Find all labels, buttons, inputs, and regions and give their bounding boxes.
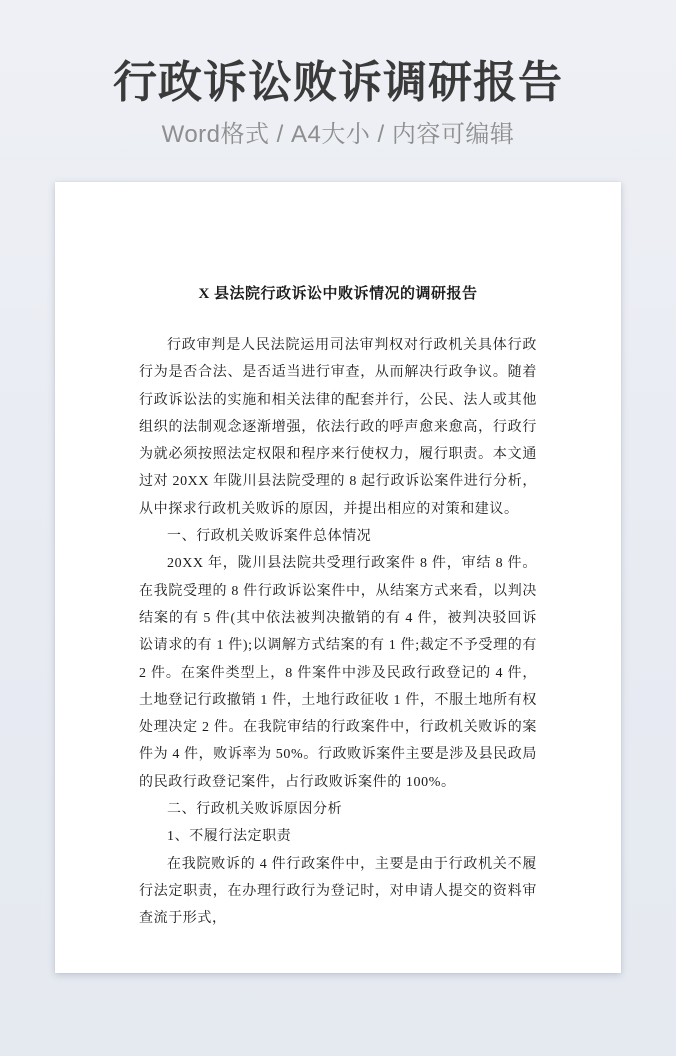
document-title: X 县法院行政诉讼中败诉情况的调研报告 [139,281,537,308]
section-2-paragraph-1: 在我院败诉的 4 件行政案件中，主要是由于行政机关不履行法定职责，在办理行政行为… [139,851,537,933]
hero-subtitle: Word格式 / A4大小 / 内容可编辑 [0,121,676,149]
hero-banner: 行政诉讼败诉调研报告 Word格式 / A4大小 / 内容可编辑 [0,0,676,149]
hero-title: 行政诉讼败诉调研报告 [0,60,676,106]
section-1-heading: 一、行政机关败诉案件总体情况 [139,523,537,550]
section-2-subheading-1: 1、不履行法定职责 [139,823,537,850]
section-2-heading: 二、行政机关败诉原因分析 [139,796,537,823]
document-page: X 县法院行政诉讼中败诉情况的调研报告 行政审判是人民法院运用司法审判权对行政机… [55,182,621,973]
intro-paragraph: 行政审判是人民法院运用司法审判权对行政机关具体行政行为是否合法、是否适当进行审查… [139,332,537,523]
section-1-paragraph: 20XX 年，陇川县法院共受理行政案件 8 件，审结 8 件。在我院受理的 8 … [139,550,537,796]
